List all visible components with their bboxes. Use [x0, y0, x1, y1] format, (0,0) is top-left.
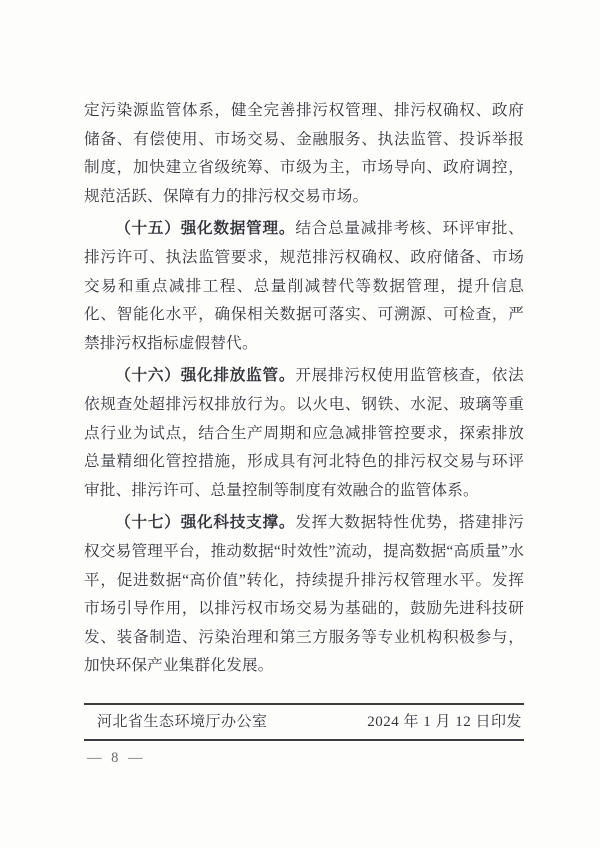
section-title: 强化科技支撑。	[181, 514, 296, 531]
paragraph-text: 定污染源监管体系，健全完善排污权管理、排污权确权、政府储备、有偿使用、市场交易、…	[84, 102, 524, 205]
section-title: 强化排放监管。	[181, 367, 296, 384]
paragraph-text: 结合总量减排考核、环评审批、排污许可、执法监管要求，规范排污权确权、政府储备、市…	[84, 220, 524, 351]
section-number: （十六）	[115, 367, 181, 384]
section-title: 强化数据管理。	[181, 220, 296, 237]
paragraph-section-16: （十六）强化排放监管。开展排污权使用监管核查，依法依规查处超排污权排放行为。以火…	[84, 362, 524, 505]
section-number: （十五）	[115, 220, 181, 237]
paragraph-text: 开展排污权使用监管核查，依法依规查处超排污权排放行为。以火电、钢铁、水泥、玻璃等…	[84, 367, 524, 498]
footer-issuer: 河北省生态环境厅办公室	[97, 710, 268, 734]
paragraph-section-17: （十七）强化科技支撑。发挥大数据特性优势，搭建排污权交易管理平台，推动数据“时效…	[84, 509, 524, 681]
section-number: （十七）	[115, 514, 181, 531]
document-body: 定污染源监管体系，健全完善排污权管理、排污权确权、政府储备、有偿使用、市场交易、…	[84, 97, 524, 685]
paragraph-text: 发挥大数据特性优势，搭建排污权交易管理平台，推动数据“时效性”流动，提高数据“高…	[84, 514, 524, 674]
footer-print-date: 2024 年 1 月 12 日印发	[367, 710, 522, 734]
footer: 河北省生态环境厅办公室 2024 年 1 月 12 日印发	[84, 710, 524, 734]
footer-rule-bottom	[84, 739, 524, 741]
paragraph-continuation: 定污染源监管体系，健全完善排污权管理、排污权确权、政府储备、有偿使用、市场交易、…	[84, 97, 524, 211]
footer-rule-top	[84, 703, 524, 705]
page-number: — 8 —	[87, 749, 146, 767]
document-page: 定污染源监管体系，健全完善排污权管理、排污权确权、政府储备、有偿使用、市场交易、…	[0, 0, 600, 848]
paragraph-section-15: （十五）强化数据管理。结合总量减排考核、环评审批、排污许可、执法监管要求，规范排…	[84, 215, 524, 358]
